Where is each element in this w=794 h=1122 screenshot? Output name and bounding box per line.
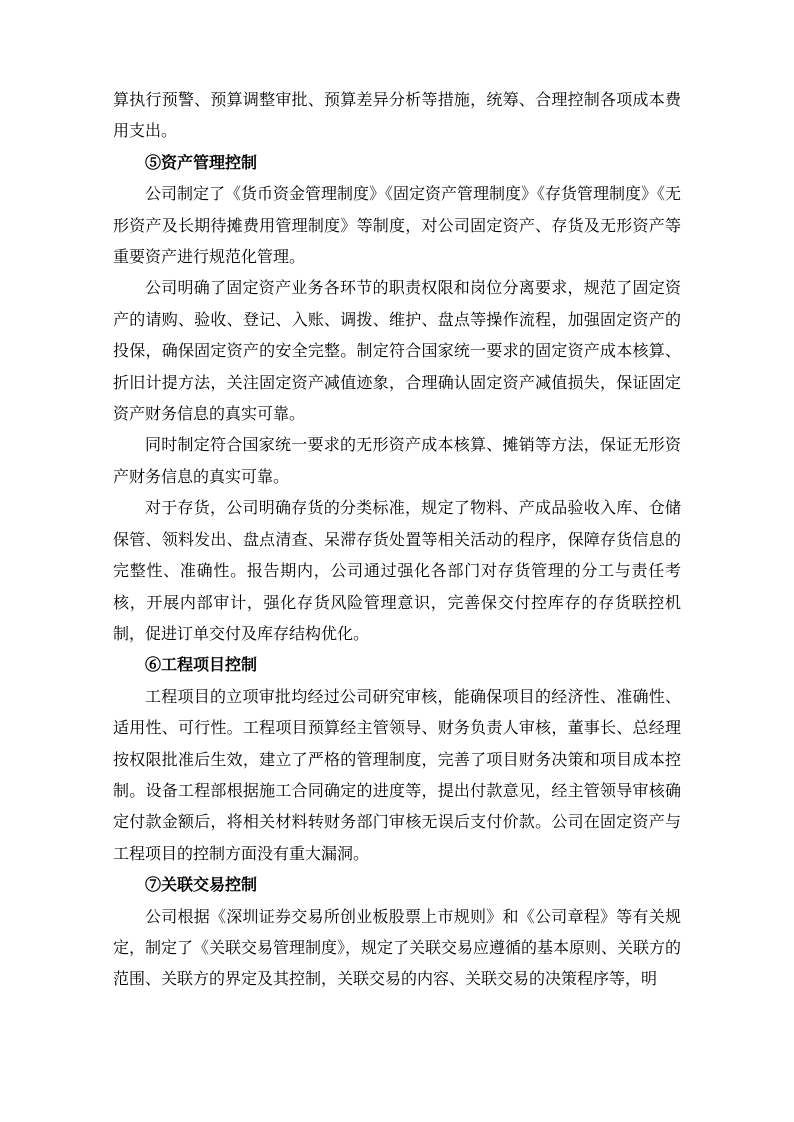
section-heading-asset-management-control: ⑤资产管理控制 [113,148,681,179]
paragraph-related-party-rules: 公司根据《深圳证券交易所创业板股票上市规则》和《公司章程》等有关规定，制定了《关… [113,902,681,996]
paragraph-engineering-project-approval: 工程项目的立项审批均经过公司研究审核，能确保项目的经济性、准确性、适用性、可行性… [113,682,681,870]
section-heading-engineering-project-control: ⑥工程项目控制 [113,650,681,681]
paragraph-budget-control-continuation: 算执行预警、预算调整审批、预算差异分析等措施，统筹、合理控制各项成本费用支出。 [113,85,681,148]
document-page: 算执行预警、预算调整审批、预算差异分析等措施，统筹、合理控制各项成本费用支出。 … [0,0,794,1122]
paragraph-asset-policies: 公司制定了《货币资金管理制度》《固定资产管理制度》《存货管理制度》《无形资产及长… [113,179,681,273]
section-heading-related-party-transaction-control: ⑦关联交易控制 [113,870,681,901]
paragraph-intangible-asset-accounting: 同时制定符合国家统一要求的无形资产成本核算、摊销等方法，保证无形资产财务信息的真… [113,430,681,493]
paragraph-inventory-management: 对于存货，公司明确存货的分类标准，规定了物料、产成品验收入库、仓储保管、领料发出… [113,493,681,650]
paragraph-fixed-asset-procedures: 公司明确了固定资产业务各环节的职责权限和岗位分离要求，规范了固定资产的请购、验收… [113,273,681,430]
